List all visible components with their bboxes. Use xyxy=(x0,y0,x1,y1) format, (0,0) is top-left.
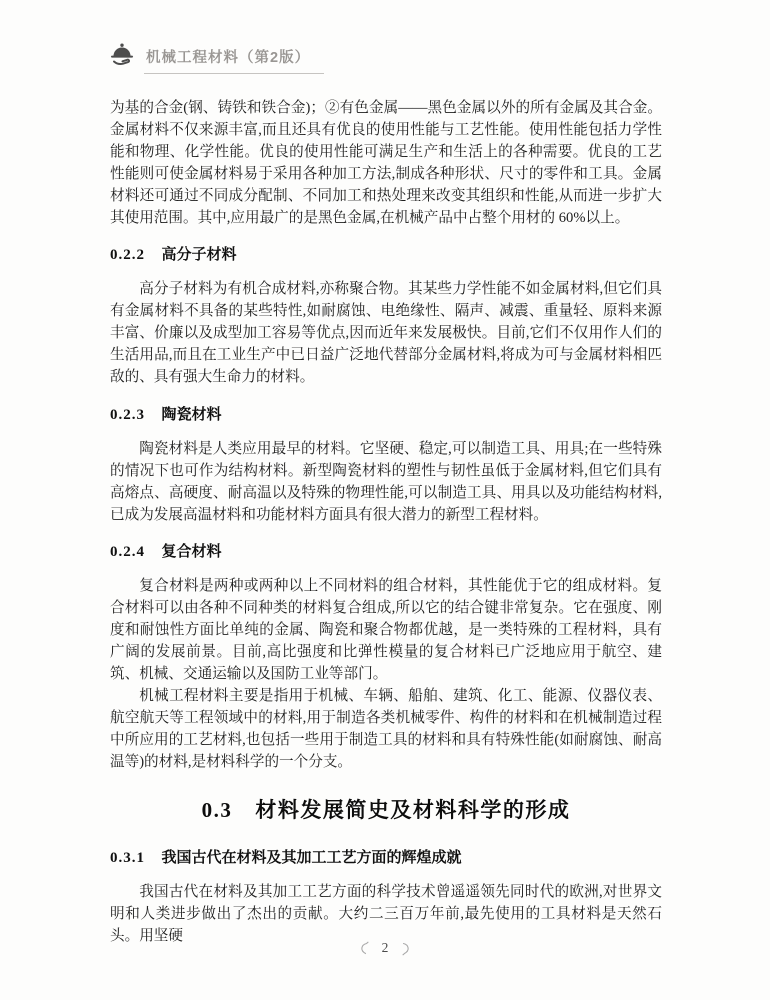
heading-title: 复合材料 xyxy=(162,543,222,560)
heading-title: 我国古代在材料及其加工工艺方面的辉煌成就 xyxy=(162,849,462,866)
heading-title: 高分子材料 xyxy=(162,246,237,263)
paragraph-composite: 复合材料是两种或两种以上不同材料的组合材料，其性能优于它的组成材料。复合材料可以… xyxy=(110,576,662,686)
heading-0-2-4: 0.2.4复合材料 xyxy=(110,541,662,564)
paragraph-polymer: 高分子材料为有机合成材料,亦称聚合物。其某些力学性能不如金属材料,但它们具有金属… xyxy=(110,279,662,389)
heading-number: 0.2.4 xyxy=(110,544,145,560)
heading-0-3-1: 0.3.1我国古代在材料及其加工工艺方面的辉煌成就 xyxy=(110,847,662,870)
heading-number: 0.3.1 xyxy=(110,850,145,866)
heading-title: 陶瓷材料 xyxy=(162,406,222,423)
paragraph-metal-continuation: 为基的合金(钢、铸铁和铁合金)；②有色金属——黑色金属以外的所有金属及其合金。金… xyxy=(110,98,662,229)
page-number: 2 xyxy=(382,940,389,956)
paragraph-ceramic: 陶瓷材料是人类应用最早的材料。它坚硬、稳定,可以制造工具、用具;在一些特殊的情况… xyxy=(110,439,662,527)
running-head-title: 机械工程材料（第2版） xyxy=(144,42,324,74)
heading-title: 材料发展简史及材料科学的形成 xyxy=(255,799,570,822)
heading-0-3: 0.3材料发展简史及材料科学的形成 xyxy=(110,800,662,822)
left-flourish-icon xyxy=(357,941,369,956)
paragraph-mech-eng-materials: 机械工程材料主要是指用于机械、车辆、船舶、建筑、化工、能源、仪器仪表、航空航天等… xyxy=(110,686,662,774)
heading-number: 0.2.3 xyxy=(110,407,145,423)
running-head: 机械工程材料（第2版） xyxy=(108,42,324,74)
book-page: 机械工程材料（第2版） 为基的合金(钢、铸铁和铁合金)；②有色金属——黑色金属以… xyxy=(0,0,770,1000)
heading-number: 0.2.2 xyxy=(110,247,145,263)
heading-number: 0.3 xyxy=(202,798,233,822)
heading-0-2-2: 0.2.2高分子材料 xyxy=(110,244,662,267)
cloche-on-hand-logo-icon xyxy=(108,42,136,68)
paragraph-ancient-china: 我国古代在材料及其加工工艺方面的科学技术曾遥遥领先同时代的欧洲,对世界文明和人类… xyxy=(110,882,662,948)
heading-0-2-3: 0.2.3陶瓷材料 xyxy=(110,404,662,427)
page-footer: 2 xyxy=(0,940,770,956)
right-flourish-icon xyxy=(401,941,413,956)
page-body: 为基的合金(钢、铸铁和铁合金)；②有色金属——黑色金属以外的所有金属及其合金。金… xyxy=(110,98,662,948)
